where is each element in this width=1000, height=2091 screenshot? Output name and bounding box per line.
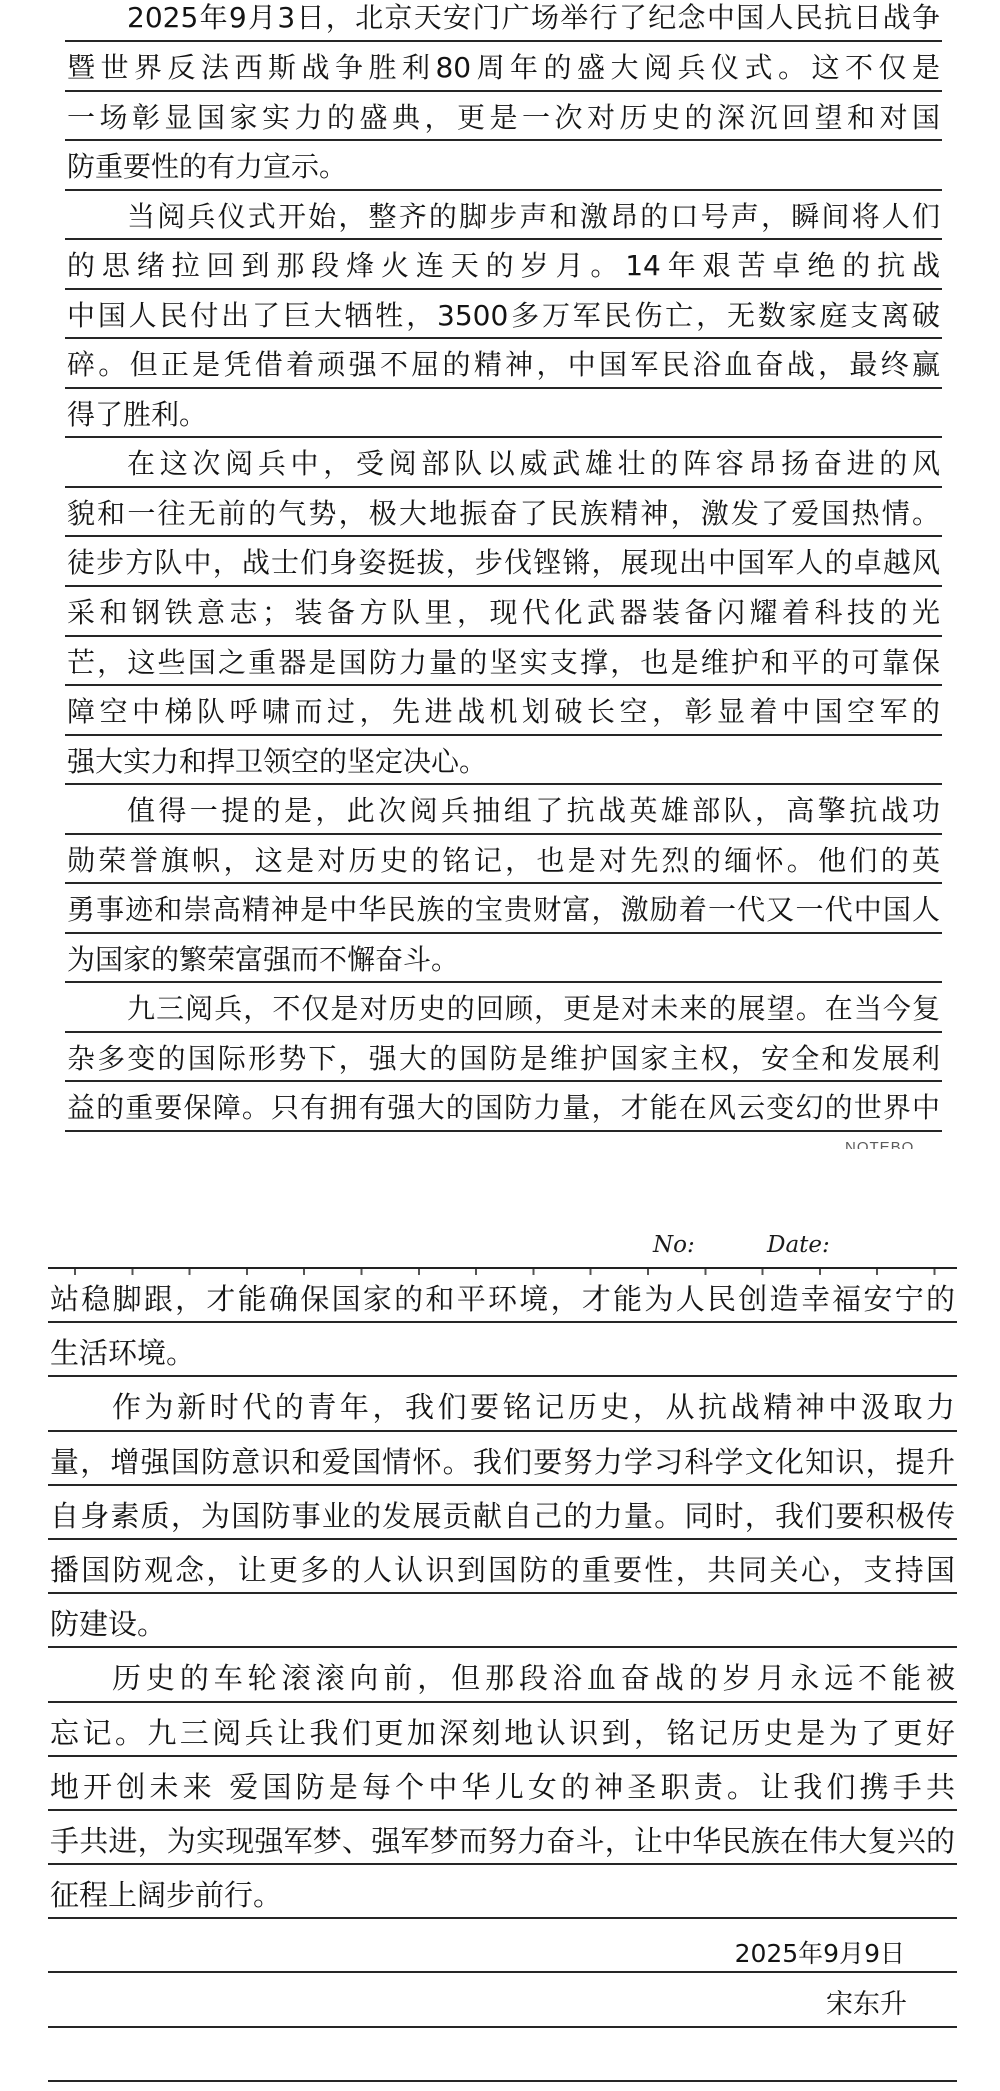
- essay-line: 障空中梯队呼啸而过，先进战机划破长空，彰显着中国空军的: [65, 686, 942, 736]
- essay-line: 为国家的繁荣富强而不懈奋斗。: [65, 934, 942, 984]
- essay-line: 生活环境。: [48, 1323, 957, 1377]
- date-label: Date:: [767, 1232, 830, 1258]
- page-header: No: Date:: [0, 1228, 1000, 1268]
- essay-line: 站稳脚跟，才能确保国家的和平环境，才能为人民创造幸福安宁的: [48, 1269, 957, 1323]
- essay-line: 中国人民付出了巨大牺牲，3500多万军民伤亡，无数家庭支离破: [65, 290, 942, 340]
- essay-line: 杂多变的国际形势下，强大的国防是维护国家主权，安全和发展利: [65, 1033, 942, 1083]
- essay-line: 防重要性的有力宣示。: [65, 141, 942, 191]
- essay-line: 的思绪拉回到那段烽火连天的岁月。14年艰苦卓绝的抗战: [65, 240, 942, 290]
- essay-line: 地开创未来 爱国防是每个中华儿女的神圣职责。让我们携手共: [48, 1757, 957, 1811]
- essay-line: 九三阅兵，不仅是对历史的回顾，更是对未来的展望。在当今复: [65, 983, 942, 1033]
- essay-line: 播国防观念，让更多的人认识到国防的重要性，共同关心，支持国: [48, 1540, 957, 1594]
- essay-line: 暨世界反法西斯战争胜利80周年的盛大阅兵仪式。这不仅是: [65, 42, 942, 92]
- essay-line: 量，增强国防意识和爱国情怀。我们要努力学习科学文化知识，提升: [48, 1432, 957, 1486]
- essay-line: 益的重要保障。只有拥有强大的国防力量，才能在风云变幻的世界中: [65, 1082, 942, 1132]
- notebook-brand-label: NOTEBO: [845, 1140, 935, 1149]
- essay-line: 忘记。九三阅兵让我们更加深刻地认识到，铭记历史是为了更好: [48, 1703, 957, 1757]
- empty-ruled-line: [48, 2028, 957, 2082]
- notebook-brand-text: NOTEBO: [845, 1140, 935, 1149]
- essay-line: 在这次阅兵中，受阅部队以威武雄壮的阵容昂扬奋进的风: [65, 438, 942, 488]
- essay-line: 自身素质，为国防事业的发展贡献自己的力量。同时，我们要积极传: [48, 1486, 957, 1540]
- paragraph: 历史的车轮滚滚向前，但那段浴血奋战的岁月永远不能被 忘记。九三阅兵让我们更加深刻…: [48, 1648, 957, 1919]
- paragraph: 站稳脚跟，才能确保国家的和平环境，才能为人民创造幸福安宁的 生活环境。: [48, 1269, 957, 1377]
- essay-line: 强大实力和捍卫领空的坚定决心。: [65, 736, 942, 786]
- essay-line: 2025年9月3日，北京天安门广场举行了纪念中国人民抗日战争: [65, 0, 942, 42]
- essay-line: 碎。但正是凭借着顽强不屈的精神，中国军民浴血奋战，最终赢: [65, 339, 942, 389]
- essay-line: 防建设。: [48, 1594, 957, 1648]
- notebook-page-1: 2025年9月3日，北京天安门广场举行了纪念中国人民抗日战争 暨世界反法西斯战争…: [65, 0, 942, 1132]
- essay-line: 勇事迹和崇高精神是中华民族的宝贵财富，激励着一代又一代中国人: [65, 884, 942, 934]
- essay-line: 采和钢铁意志；装备方队里，现代化武器装备闪耀着科技的光: [65, 587, 942, 637]
- essay-line: 一场彰显国家实力的盛典，更是一次对历史的深沉回望和对国: [65, 92, 942, 142]
- author-signature: 宋东升: [48, 1973, 957, 2027]
- paragraph: 当阅兵仪式开始，整齐的脚步声和激昂的口号声，瞬间将人们 的思绪拉回到那段烽火连天…: [65, 191, 942, 439]
- essay-line: 得了胜利。: [65, 389, 942, 439]
- essay-line: 历史的车轮滚滚向前，但那段浴血奋战的岁月永远不能被: [48, 1648, 957, 1702]
- closing-date: 2025年9月9日: [48, 1919, 957, 1973]
- paragraph: 2025年9月3日，北京天安门广场举行了纪念中国人民抗日战争 暨世界反法西斯战争…: [65, 0, 942, 191]
- paragraph: 值得一提的是，此次阅兵抽组了抗战英雄部队，高擎抗战功 勋荣誉旗帜，这是对历史的铭…: [65, 785, 942, 983]
- essay-line: 当阅兵仪式开始，整齐的脚步声和激昂的口号声，瞬间将人们: [65, 191, 942, 241]
- essay-line: 作为新时代的青年，我们要铭记历史，从抗战精神中汲取力: [48, 1377, 957, 1431]
- notebook-page-2: 站稳脚跟，才能确保国家的和平环境，才能为人民创造幸福安宁的 生活环境。 作为新时…: [48, 1269, 957, 2082]
- paragraph: 九三阅兵，不仅是对历史的回顾，更是对未来的展望。在当今复 杂多变的国际形势下，强…: [65, 983, 942, 1132]
- essay-line: 芒，这些国之重器是国防力量的坚实支撑，也是维护和平的可靠保: [65, 637, 942, 687]
- essay-line: 值得一提的是，此次阅兵抽组了抗战英雄部队，高擎抗战功: [65, 785, 942, 835]
- essay-line: 徒步方队中，战士们身姿挺拔，步伐铿锵，展现出中国军人的卓越风: [65, 537, 942, 587]
- essay-line: 手共进，为实现强军梦、强军梦而努力奋斗，让中华民族在伟大复兴的: [48, 1811, 957, 1865]
- paragraph: 在这次阅兵中，受阅部队以威武雄壮的阵容昂扬奋进的风 貌和一往无前的气势，极大地振…: [65, 438, 942, 785]
- essay-line: 征程上阔步前行。: [48, 1865, 957, 1919]
- paragraph: 作为新时代的青年，我们要铭记历史，从抗战精神中汲取力 量，增强国防意识和爱国情怀…: [48, 1377, 957, 1648]
- essay-line: 勋荣誉旗帜，这是对历史的铭记，也是对先烈的缅怀。他们的英: [65, 835, 942, 885]
- page-number-label: No:: [653, 1232, 695, 1258]
- essay-line: 貌和一往无前的气势，极大地振奋了民族精神，激发了爱国热情。: [65, 488, 942, 538]
